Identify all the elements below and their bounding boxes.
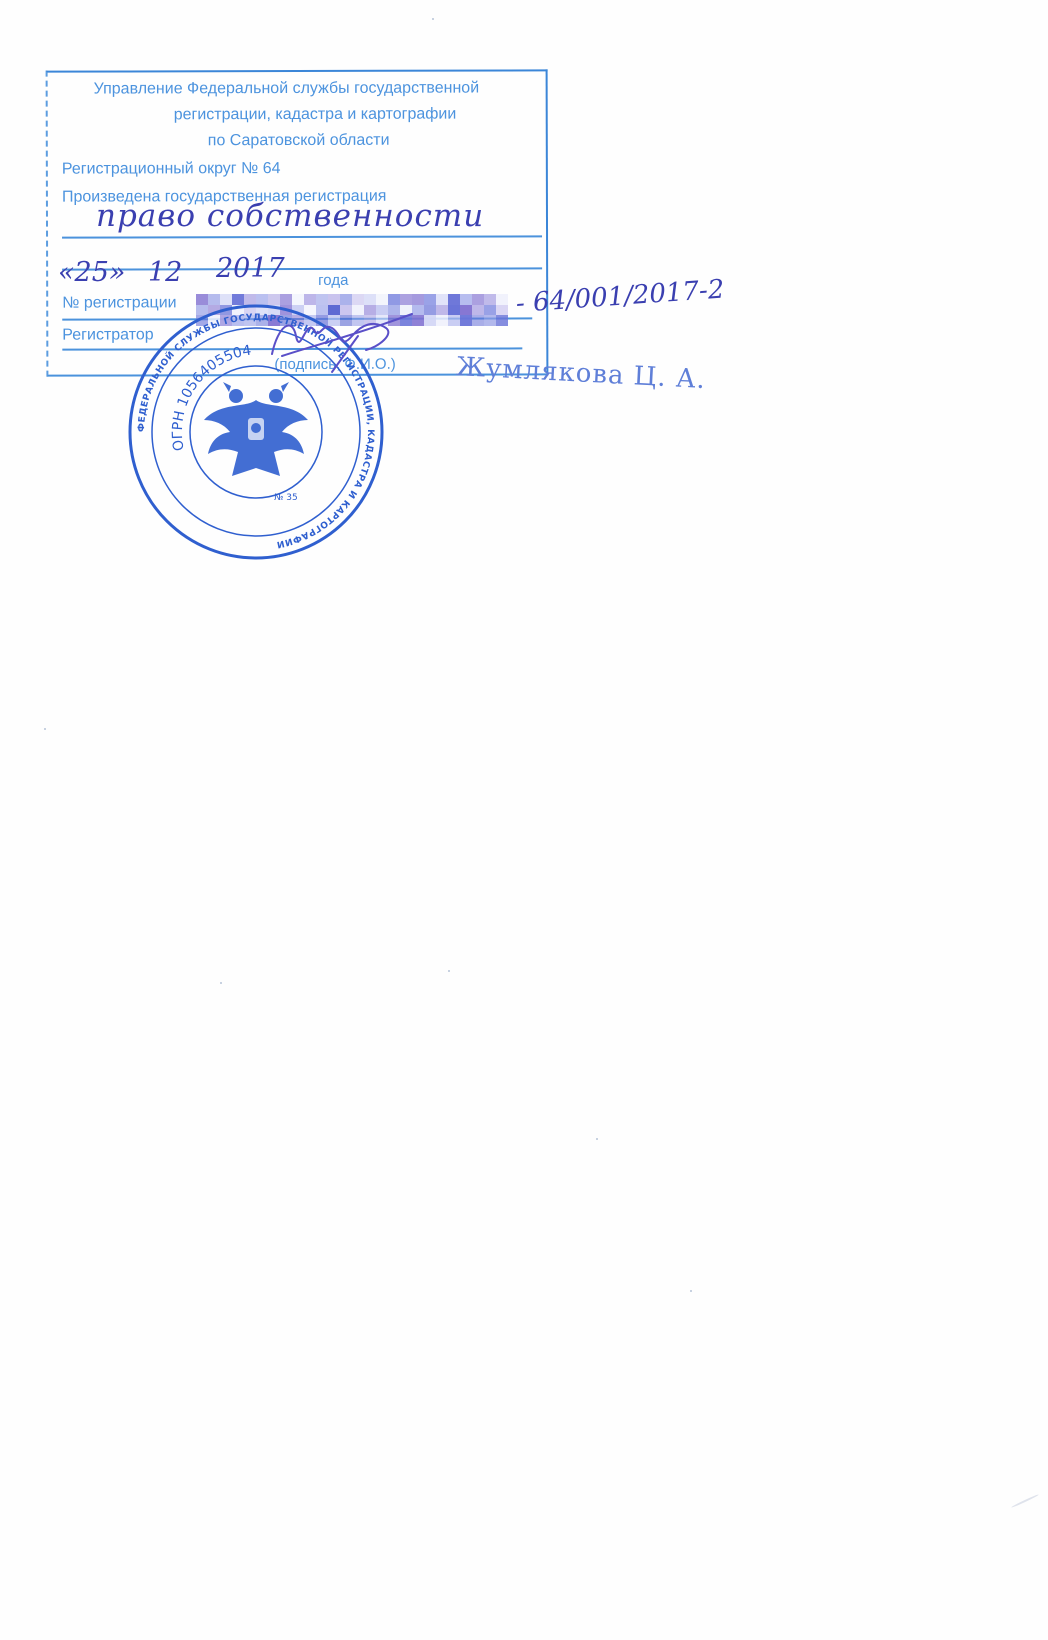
paper-speck: [220, 982, 222, 984]
paper-speck: [596, 1138, 598, 1140]
stamp-header-line-2: регистрации, кадастра и картографии: [174, 106, 457, 125]
stamp-header-line-3: по Саратовской области: [208, 132, 390, 150]
paper-speck: [1011, 1494, 1039, 1508]
registrar-signature: [262, 306, 422, 376]
paper-speck: [432, 18, 434, 20]
document-page: Управление Федеральной службы государств…: [0, 0, 1048, 1640]
year-word-label: года: [318, 272, 348, 289]
handwritten-right-type: право собственности: [96, 198, 484, 234]
handwritten-date-day: «25»: [58, 257, 125, 288]
seal-inner-number: № 35: [274, 493, 298, 503]
registrar-name-stamp: Жумлякова Ц. А.: [455, 352, 706, 395]
double-headed-eagle-icon: [204, 382, 308, 476]
stamp-header-line-1: Управление Федеральной службы государств…: [94, 80, 480, 99]
handwritten-date-month: 12: [148, 257, 182, 288]
handwritten-date-year: 2017: [216, 253, 285, 284]
paper-speck: [44, 728, 46, 730]
stamp-rule: [62, 235, 542, 238]
paper-speck: [690, 1290, 692, 1292]
registration-district-label: Регистрационный округ № 64: [62, 160, 281, 179]
stamp-rule: [62, 267, 542, 270]
paper-speck: [448, 970, 450, 972]
